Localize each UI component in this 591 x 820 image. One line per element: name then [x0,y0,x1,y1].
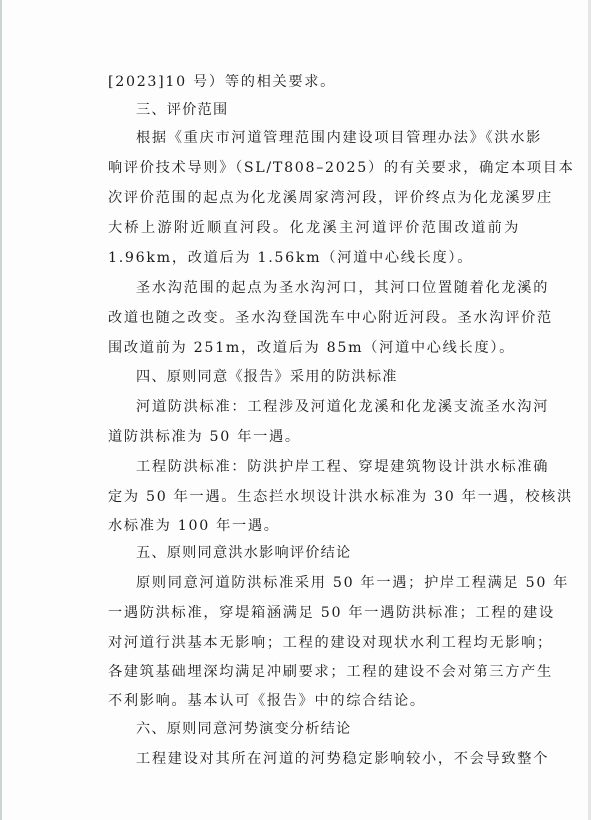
paragraph-line: 水标准为 100 年一遇。 [108,516,520,536]
text-line-continuation: [2023]10 号）等的相关要求。 [108,72,520,92]
section-heading-6-river-regime-conclusion: 六、原则同意河势演变分析结论 [136,719,520,739]
paragraph-line: 河道防洪标准：工程涉及河道化龙溪和化龙溪支流圣水沟河 [136,397,520,417]
paragraph-line: 大桥上游附近顺直河段。化龙溪主河道评价范围改道前为 [108,218,520,238]
paragraph-line: 次评价范围的起点为化龙溪周家湾河段，评价终点为化龙溪罗庄 [108,188,520,208]
paragraph-line: 1.96km，改道后为 1.56km（河道中心线长度）。 [108,248,520,268]
paragraph-line: 各建筑基础埋深均满足冲刷要求；工程的建设不会对第三方产生 [108,662,520,682]
section-heading-5-flood-impact-conclusion: 五、原则同意洪水影响评价结论 [136,543,520,563]
paragraph-line: 根据《重庆市河道管理范围内建设项目管理办法》《洪水影 [136,128,520,148]
paragraph-line: 改道也随之改变。圣水沟登国洗车中心附近河段。圣水沟评价范 [108,308,520,328]
paragraph-line: 不利影响。基本认可《报告》中的综合结论。 [108,691,520,711]
section-heading-4-flood-standard: 四、原则同意《报告》采用的防洪标准 [136,367,520,387]
paragraph-line: 围改道前为 251m，改道后为 85m（河道中心线长度）。 [108,338,520,358]
paragraph-line: 道防洪标准为 50 年一遇。 [108,427,520,447]
paragraph-line: 一遇防洪标准，穿堤箱涵满足 50 年一遇防洪标准；工程的建设 [108,603,520,623]
section-heading-3-evaluation-scope: 三、评价范围 [136,100,520,120]
paragraph-line: 工程防洪标准：防洪护岸工程、穿堤建筑物设计洪水标准确 [136,457,520,477]
document-page: [2023]10 号）等的相关要求。 三、评价范围 根据《重庆市河道管理范围内建… [0,0,591,820]
paragraph-line: 原则同意河道防洪标准采用 50 年一遇；护岸工程满足 50 年 [136,573,520,593]
paragraph-line: 响评价技术导则》（SL/T808–2025）的有关要求，确定本项目本 [108,158,520,178]
paragraph-line: 对河道行洪基本无影响；工程的建设对现状水利工程均无影响； [108,633,520,653]
paragraph-line: 圣水沟范围的起点为圣水沟河口，其河口位置随着化龙溪的 [136,278,520,298]
paragraph-line: 工程建设对其所在河道的河势稳定影响较小，不会导致整个 [136,749,520,769]
paragraph-line: 定为 50 年一遇。生态拦水坝设计洪水标准为 30 年一遇，校核洪 [108,487,520,507]
